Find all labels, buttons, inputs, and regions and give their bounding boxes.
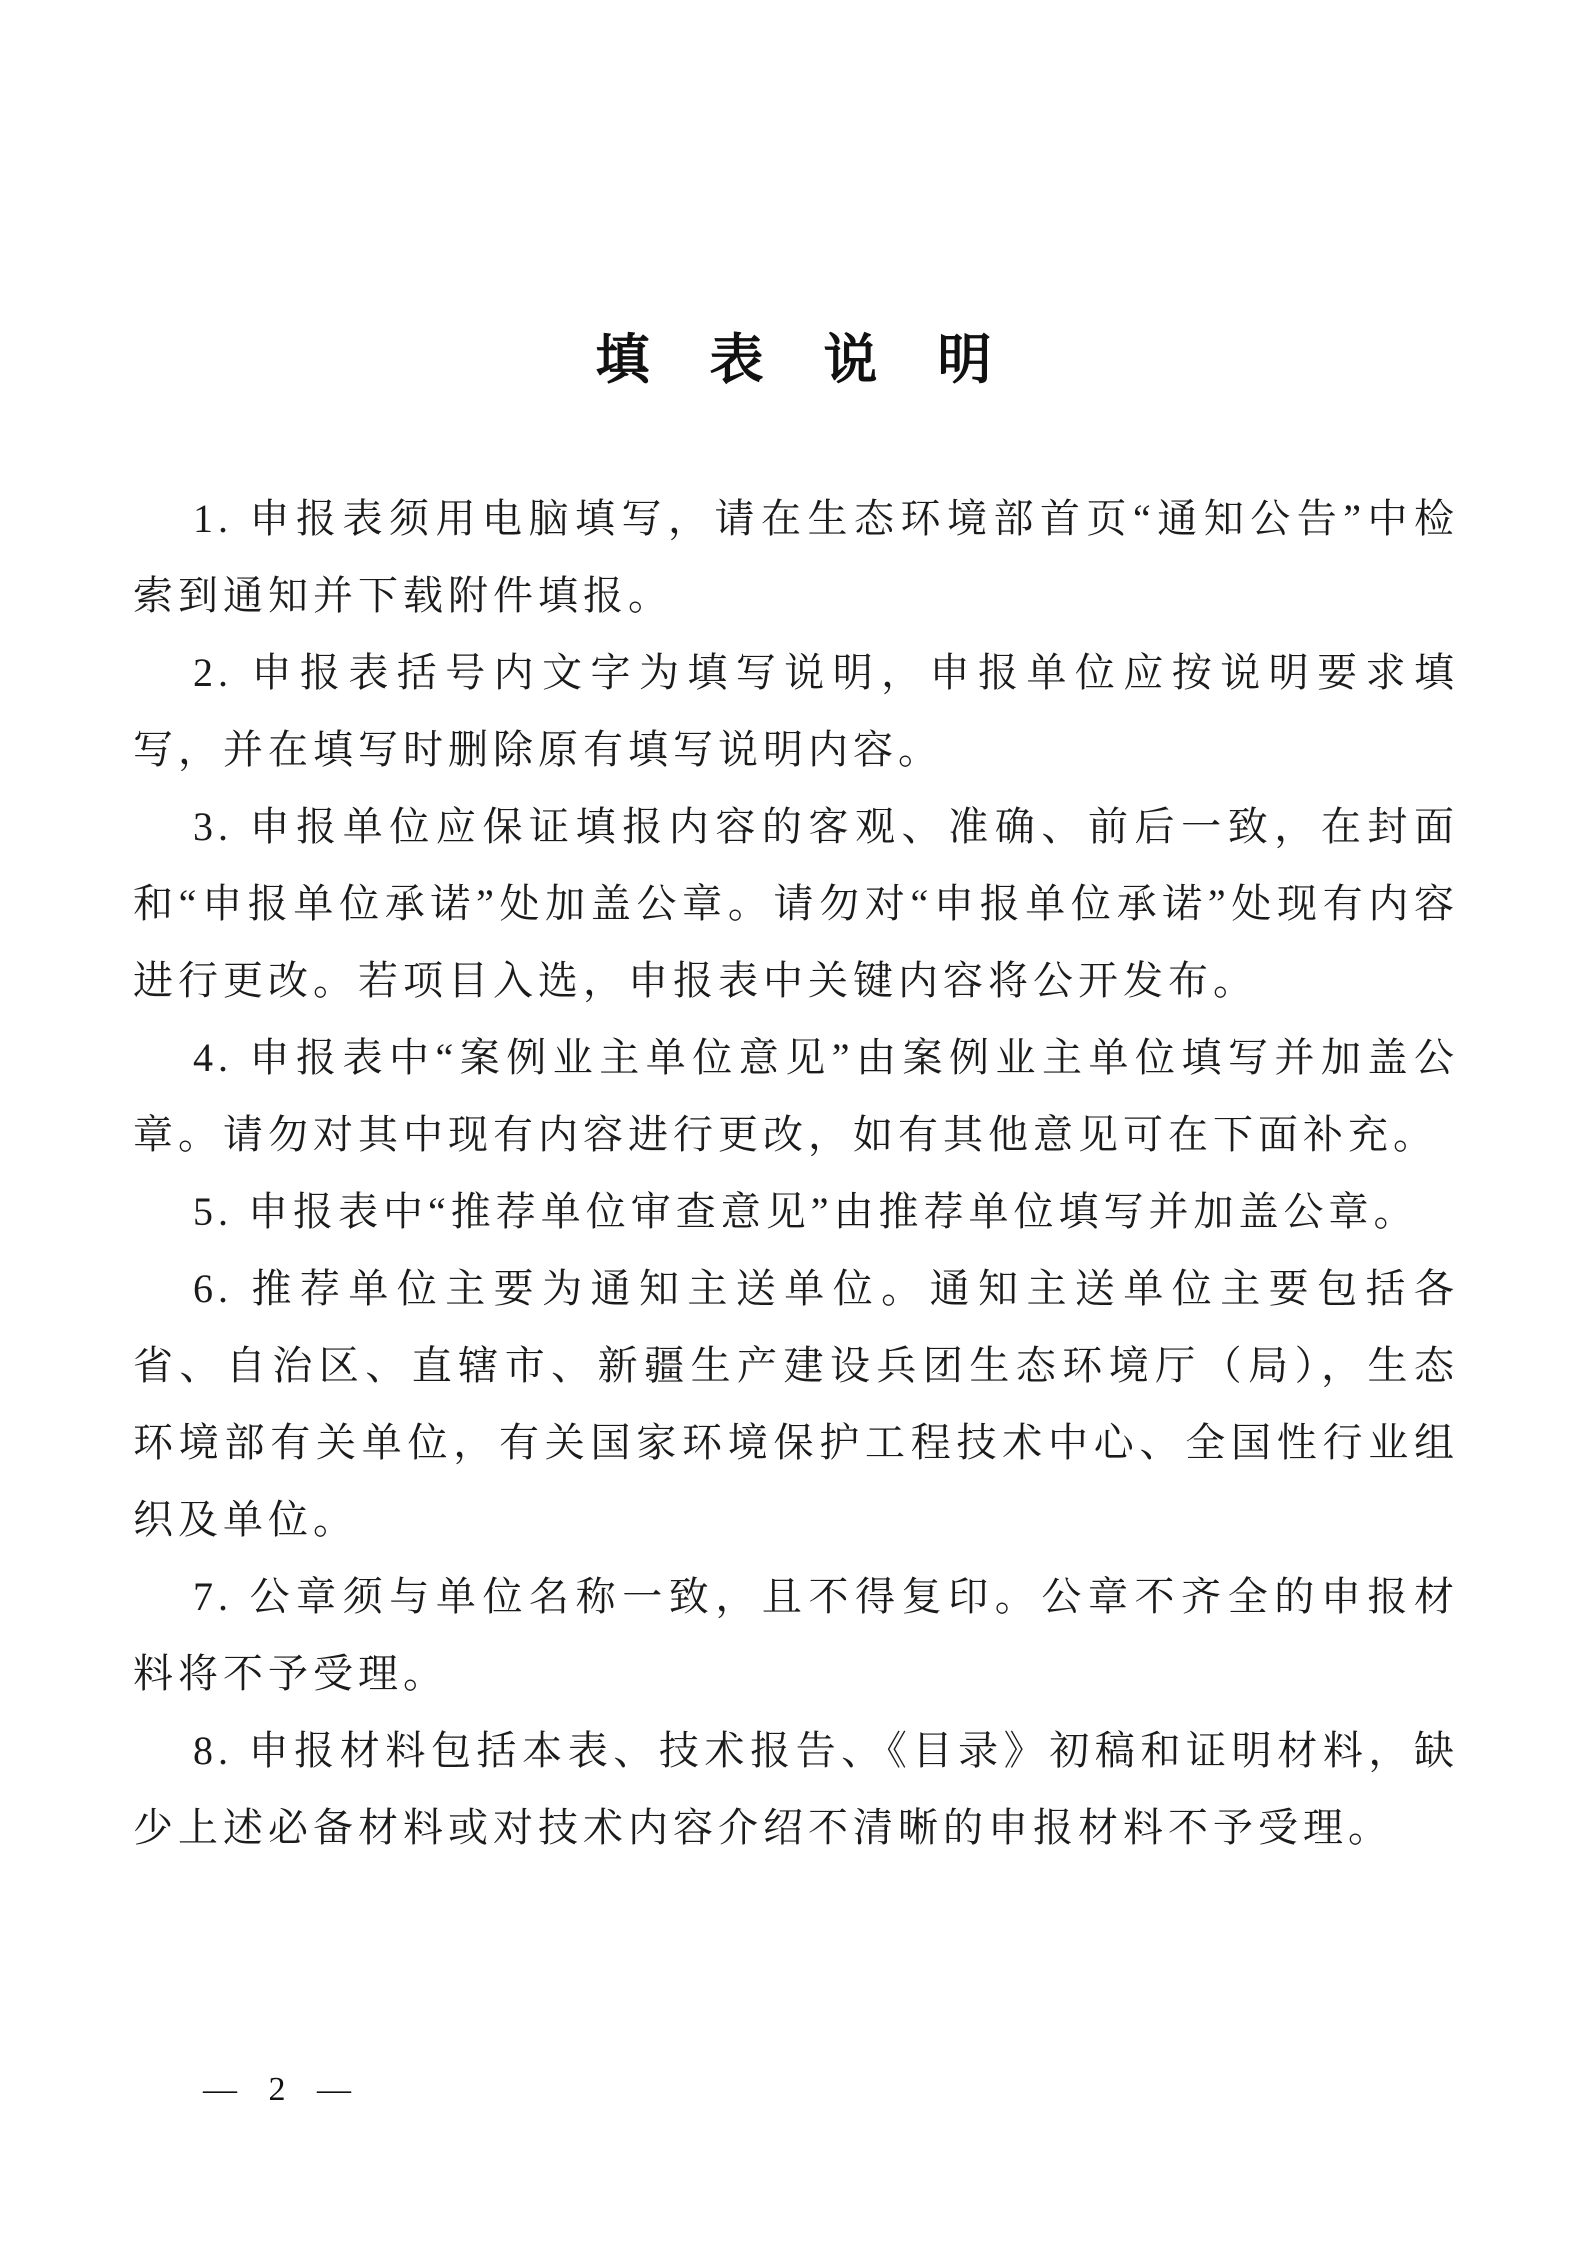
- instruction-paragraph-2: 2. 申报表括号内文字为填写说明，申报单位应按说明要求填写，并在填写时删除原有填…: [133, 634, 1459, 788]
- instruction-paragraph-6: 6. 推荐单位主要为通知主送单位。通知主送单位主要包括各省、自治区、直辖市、新疆…: [133, 1250, 1459, 1558]
- document-page: 填表说明 1. 申报表须用电脑填写，请在生态环境部首页“通知公告”中检索到通知并…: [0, 0, 1587, 2245]
- instruction-paragraph-1: 1. 申报表须用电脑填写，请在生态环境部首页“通知公告”中检索到通知并下载附件填…: [133, 480, 1459, 634]
- page-number: — 2 —: [203, 2070, 353, 2110]
- page-title: 填表说明: [0, 0, 1587, 388]
- instructions-section: 1. 申报表须用电脑填写，请在生态环境部首页“通知公告”中检索到通知并下载附件填…: [0, 480, 1587, 1866]
- instruction-paragraph-4: 4. 申报表中“案例业主单位意见”由案例业主单位填写并加盖公章。请勿对其中现有内…: [133, 1019, 1459, 1173]
- instruction-paragraph-3: 3. 申报单位应保证填报内容的客观、准确、前后一致，在封面和“申报单位承诺”处加…: [133, 788, 1459, 1019]
- instruction-paragraph-5: 5. 申报表中“推荐单位审查意见”由推荐单位填写并加盖公章。: [133, 1173, 1459, 1250]
- instruction-paragraph-7: 7. 公章须与单位名称一致，且不得复印。公章不齐全的申报材料将不予受理。: [133, 1558, 1459, 1712]
- instruction-paragraph-8: 8. 申报材料包括本表、技术报告、《目录》初稿和证明材料，缺少上述必备材料或对技…: [133, 1712, 1459, 1866]
